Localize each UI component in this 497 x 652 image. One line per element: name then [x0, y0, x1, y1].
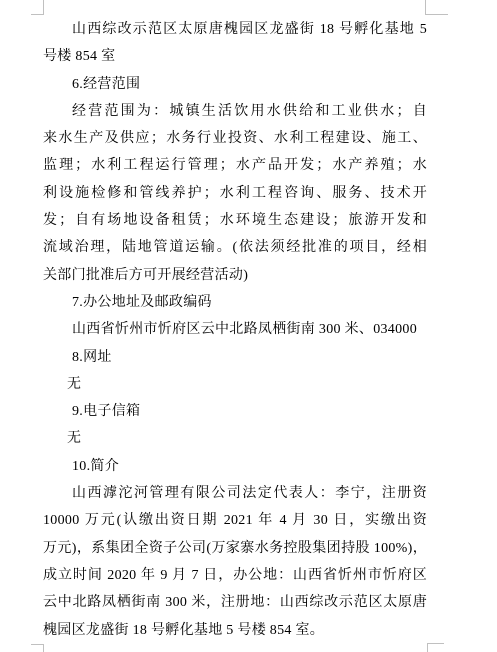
text-boundary-mark-top-left — [31, 0, 44, 15]
company-profile-line-6: 槐园区龙盛街 18 号孵化基地 5 号楼 854 室。 — [43, 617, 427, 644]
company-profile-line-1: 山西滹沱河管理有限公司法定代表人：李宁，注册资本： — [43, 480, 427, 507]
section-heading-profile: 10.简介 — [43, 453, 427, 480]
section-heading-email: 9.电子信箱 — [43, 398, 427, 425]
business-scope-line-2: 来水生产及供应；水务行业投资、水利工程建设、施工、 — [43, 125, 427, 152]
section-heading-business-scope: 6.经营范围 — [43, 71, 427, 98]
website-value-none: 无 — [43, 371, 427, 398]
email-value-none: 无 — [43, 425, 427, 452]
company-profile-line-2: 10000 万元(认缴出资日期 2021 年 4 月 30 日，实缴出资 100… — [43, 507, 427, 534]
business-scope-line-6: 流域治理，陆地管道运输。(依法须经批准的项目，经相 — [43, 234, 427, 261]
document-text: 山西综改示范区太原唐槐园区龙盛街 18 号孵化基地 5 号楼 854 室 6.经… — [43, 16, 427, 644]
text-boundary-mark-bottom-right — [427, 643, 444, 652]
section-heading-office-address: 7.办公地址及邮政编码 — [43, 289, 427, 316]
office-address-postcode: 山西省忻州市忻府区云中北路凤栖街南 300 米、034000 — [43, 316, 427, 343]
business-scope-line-7: 关部门批准后方可开展经营活动) — [43, 262, 427, 289]
company-profile-line-4: 成立时间 2020 年 9 月 7 日，办公地：山西省忻州市忻府区 — [43, 562, 427, 589]
text-boundary-mark-top-right — [425, 0, 448, 15]
business-scope-line-1: 经营范围为：城镇生活饮用水供给和工业供水；自 — [43, 98, 427, 125]
company-profile-line-3: 万元)，系集团全资子公司(万家寨水务控股集团持股 100%)， — [43, 535, 427, 562]
company-profile-line-5: 云中北路凤栖街南 300 米，注册地：山西综改示范区太原唐 — [43, 589, 427, 616]
business-scope-line-4: 利设施检修和管线养护；水利工程咨询、服务、技术开 — [43, 180, 427, 207]
registered-address-line-1: 山西综改示范区太原唐槐园区龙盛街 18 号孵化基地 5 — [43, 16, 427, 43]
text-boundary-mark-bottom-left — [31, 644, 44, 652]
section-heading-website: 8.网址 — [43, 344, 427, 371]
business-scope-line-5: 发；自有场地设备租赁；水环境生态建设；旅游开发和 — [43, 207, 427, 234]
business-scope-line-3: 监理；水利工程运行管理；水产品开发；水产养殖；水 — [43, 152, 427, 179]
document-page: 山西综改示范区太原唐槐园区龙盛街 18 号孵化基地 5 号楼 854 室 6.经… — [0, 0, 497, 652]
registered-address-line-2: 号楼 854 室 — [43, 43, 427, 70]
